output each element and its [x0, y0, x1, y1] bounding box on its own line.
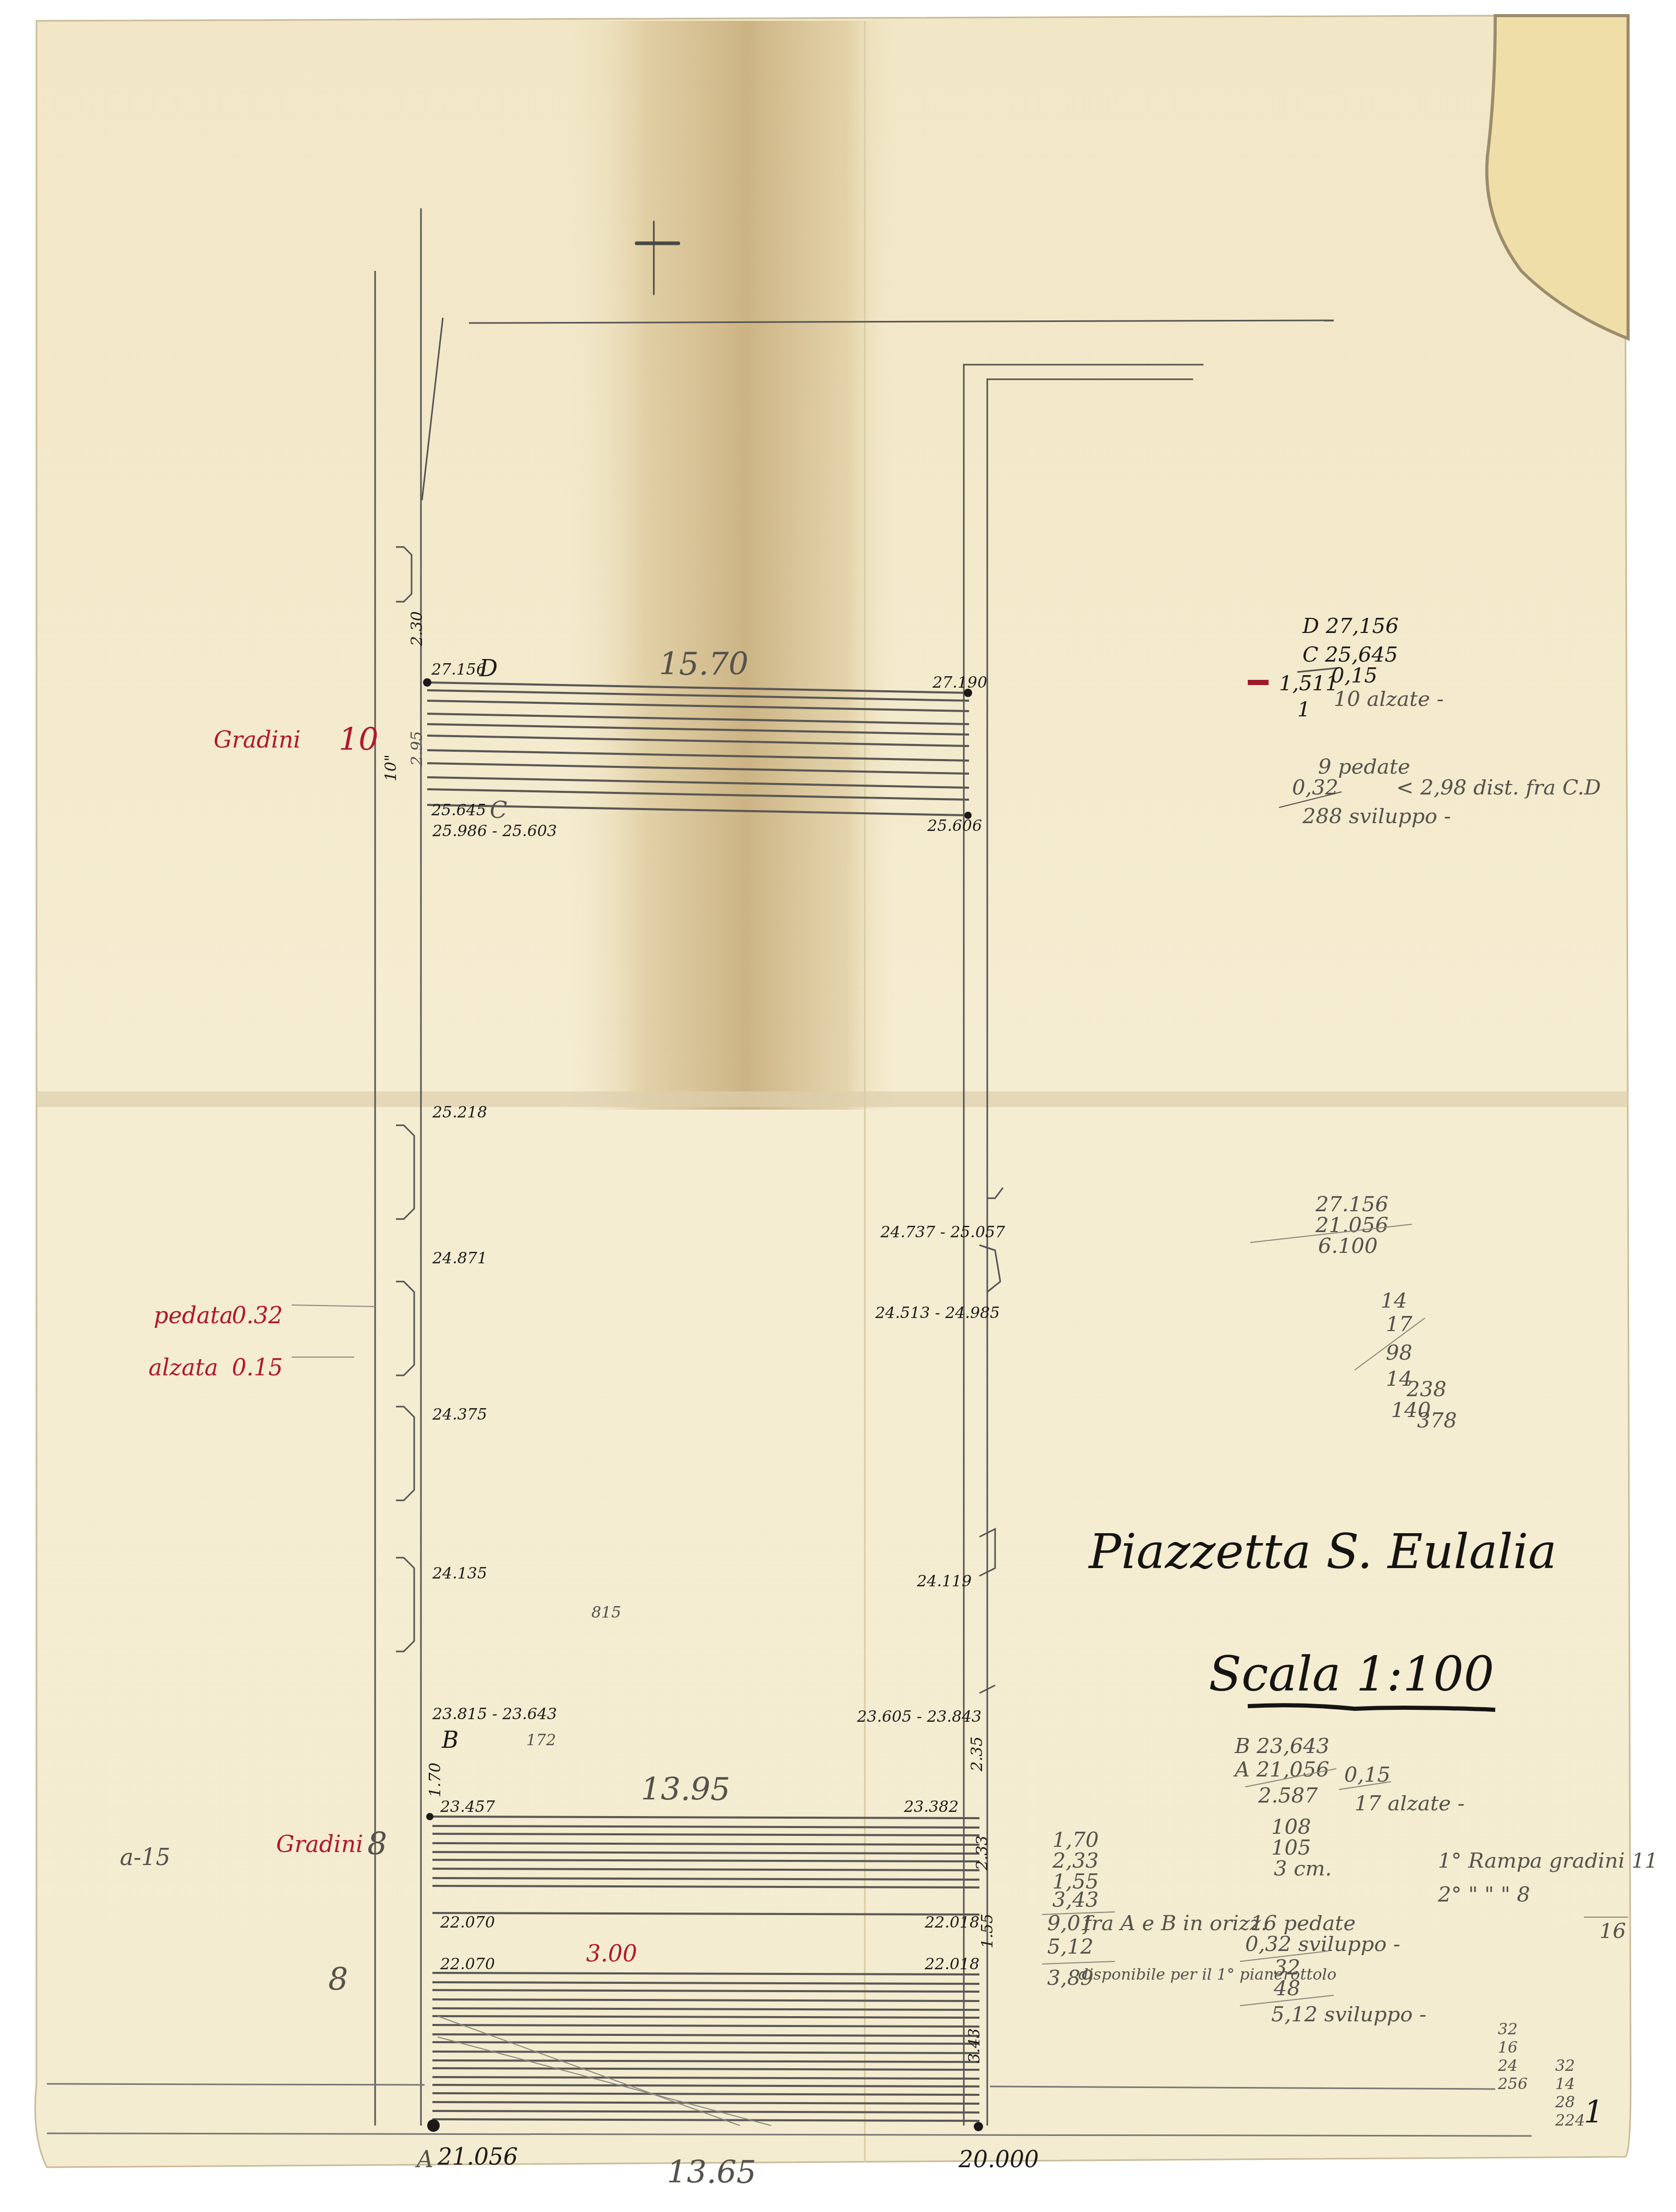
calc-mid-3: 6.100 — [1318, 1234, 1378, 1258]
calc-tread-total: 288 sviluppo - — [1302, 804, 1451, 828]
label-c-elevation: 25.645 — [431, 801, 486, 819]
calc-17-alzate: 17 alzate - — [1355, 1792, 1464, 1816]
label-lower-top-left: 23.457 — [440, 1798, 495, 1816]
red-landing-note: 3.00 — [586, 1941, 637, 1967]
label-bottom-right: 20.000 — [958, 2146, 1039, 2173]
bottom-width: 13.65 — [667, 2154, 756, 2191]
label-point-d: D — [479, 655, 498, 682]
corner-b-2: 14 — [1555, 2075, 1575, 2093]
dim-b: 1.70 — [426, 1762, 444, 1797]
label-point-b: B — [441, 1727, 458, 1754]
red-pedata-value: 0.32 — [232, 1302, 283, 1329]
paper-fold — [36, 1091, 1628, 1107]
elev-right-1: 24.737 - 25.057 — [880, 1223, 1005, 1241]
calc-col-7: 378 — [1417, 1409, 1457, 1433]
elev-right-2: 24.513 - 24.985 — [875, 1304, 1000, 1322]
calc-d: D 27,156 — [1302, 614, 1399, 638]
calc-ba-diff: 2.587 — [1258, 1784, 1318, 1808]
margin-note-left: a-15 — [120, 1844, 170, 1871]
label-upper-left-extra: 25.986 - 25.603 — [432, 822, 557, 840]
corner-b-4: 224 — [1555, 2111, 1585, 2130]
red-gradini-lower-label: Gradini — [276, 1831, 363, 1858]
calc-sum-note: fra A e B in orizz. — [1082, 1911, 1268, 1935]
corner-b-1: 32 — [1555, 2057, 1575, 2075]
calc-col-1: 14 — [1381, 1289, 1407, 1313]
drawing-canvas: 27.156 D 15.70 27.190 25.645 C 25.606 25… — [0, 0, 1676, 2212]
calc-pedate-value: 0,32 sviluppo - — [1245, 1932, 1400, 1956]
calc-sum-4: 3,43 — [1052, 1888, 1099, 1912]
calc-ramp-1: 1° Rampa gradini 11 — [1438, 1849, 1658, 1873]
calc-a: A 21,056 — [1233, 1758, 1330, 1782]
calc-remainder: 1 — [1297, 698, 1310, 722]
corner-a-4: 256 — [1497, 2075, 1528, 2093]
dim-right-2: 2.33 — [973, 1835, 991, 1871]
upper-stair-width: 15.70 — [659, 646, 749, 682]
elev-right-3: 24.119 — [916, 1572, 972, 1590]
calc-pedate-48: 48 — [1273, 1977, 1300, 2000]
lower-stair-width: 13.95 — [641, 1771, 730, 1808]
elev-left-2: 24.871 — [432, 1249, 487, 1267]
elev-left-1: 25.218 — [432, 1103, 487, 1122]
corner-a-3: 24 — [1497, 2057, 1518, 2075]
elev-left-5: 23.815 - 23.643 — [432, 1705, 557, 1723]
calc-alzate: 10 alzate - — [1334, 687, 1444, 711]
dim-right-3: 1.55 — [978, 1913, 997, 1948]
calc-pedate-total: 5,12 sviluppo - — [1271, 2003, 1426, 2027]
red-pedata-label: pedata — [154, 1302, 233, 1329]
label-d-elevation: 27.156 — [431, 661, 486, 679]
red-gradini-upper-count: 10 — [339, 722, 378, 758]
archival-drawing-sheet: 27.156 D 15.70 27.190 25.645 C 25.606 25… — [0, 0, 1676, 2212]
label-lower-mid-left: 22.070 — [440, 1913, 495, 1932]
label-landing-left: 22.070 — [440, 1955, 495, 1973]
elev-left-4: 24.135 — [432, 1564, 487, 1583]
calc-b: B 23,643 — [1234, 1734, 1330, 1758]
corner-a-1: 32 — [1498, 2020, 1518, 2039]
calc-divisor: 0,15 — [1331, 664, 1377, 688]
label-lower-top-right: 23.382 — [903, 1798, 959, 1816]
label-point-c: C — [490, 797, 507, 824]
riser-note: 10" — [382, 754, 400, 781]
water-stain — [563, 21, 896, 1110]
elev-left-3: 24.375 — [432, 1406, 487, 1424]
elev-right-4: 23.605 - 23.843 — [856, 1708, 982, 1726]
label-upper-right-bottom: 25.606 — [927, 817, 982, 835]
label-point-a: A — [415, 2146, 433, 2173]
red-alzata-label: alzata — [148, 1354, 218, 1381]
center-note: 815 — [591, 1604, 621, 1622]
calc-diff: 1,511 — [1279, 672, 1339, 695]
label-landing-right: 22.018 — [924, 1955, 979, 1973]
corner-b-3: 28 — [1555, 2093, 1575, 2111]
label-upper-right-top: 27.190 — [932, 674, 987, 692]
drawing-scale: Scala 1:100 — [1209, 1646, 1494, 1702]
label-lower-mid-right: 22.018 — [924, 1913, 979, 1932]
label-a-elevation: 21.056 — [437, 2144, 518, 2170]
calc-sub-3: 3 cm. — [1274, 1857, 1332, 1881]
dim-right-1: 2.35 — [968, 1736, 986, 1772]
calc-col-3: 98 — [1386, 1341, 1412, 1365]
calc-ramp-2: 2° " " " 8 — [1437, 1883, 1530, 1907]
dim-right-4: 3.43 — [965, 2028, 984, 2063]
calc-tread-value: 0,32 — [1292, 776, 1338, 800]
corner-a-2: 16 — [1498, 2039, 1518, 2057]
calc-col-2: 17 — [1386, 1312, 1412, 1336]
red-gradini-upper-label: Gradini — [214, 727, 301, 753]
calc-ramp-total: 16 — [1599, 1919, 1626, 1943]
dim-above-stair: 2.30 — [408, 611, 426, 647]
dim-stair-length: 2.95 — [408, 731, 426, 766]
red-alzata-value: 0.15 — [232, 1354, 283, 1381]
sheet-number: 1 — [1584, 2094, 1604, 2131]
calc-compare: < 2,98 dist. fra C.D — [1396, 776, 1601, 800]
calc-sum-sub: 5,12 — [1047, 1935, 1094, 1959]
b-note: 172 — [526, 1731, 556, 1749]
gradini-lower-count-2: 8 — [328, 1961, 348, 1998]
drawing-title: Piazzetta S. Eulalia — [1088, 1524, 1557, 1580]
gradini-lower-count: 8 — [367, 1826, 387, 1862]
